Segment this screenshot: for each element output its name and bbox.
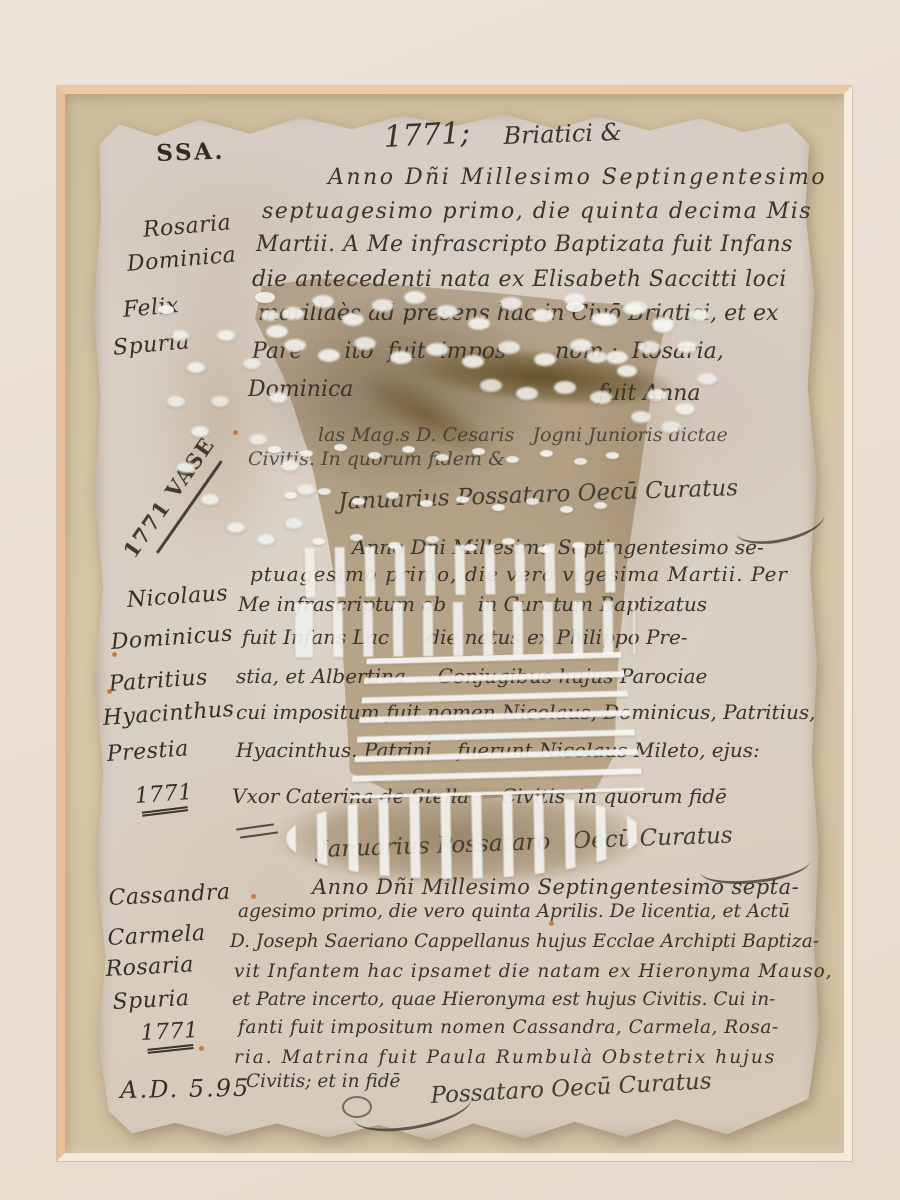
gouache-flutes-row1 bbox=[305, 542, 626, 598]
gouache-ring-stripes bbox=[346, 651, 645, 799]
gouache-rim-daubs bbox=[255, 292, 275, 303]
artwork-photo: 1771; Briatici & SSA. Anno Dñi Millesimo… bbox=[0, 0, 900, 1200]
gouache-dot-rows bbox=[268, 446, 281, 453]
gouache-vase-painting bbox=[0, 0, 900, 1200]
gouache-foot-bars bbox=[285, 790, 642, 882]
gouache-left-garland bbox=[158, 305, 174, 314]
gouache-right-daubs bbox=[566, 302, 584, 312]
gouache-flutes-row2 bbox=[295, 601, 635, 658]
